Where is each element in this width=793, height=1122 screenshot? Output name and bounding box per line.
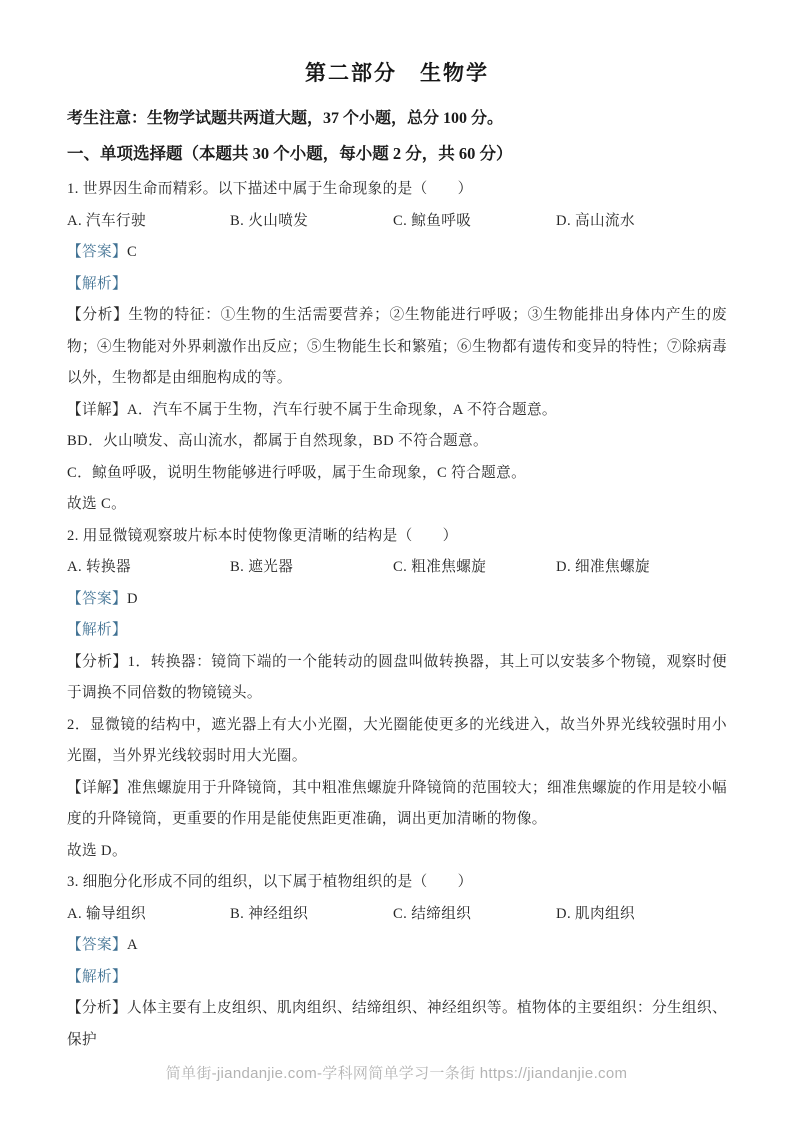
option-a: A. 转换器 [67,552,230,584]
detail-paragraph: BD．火山喷发、高山流水，都属于自然现象，BD 不符合题意。 [67,426,727,458]
answer-value: C [127,244,137,260]
question-stem: 3. 细胞分化形成不同的组织，以下属于植物组织的是（ ） [67,867,727,899]
option-c: C. 结缔组织 [393,899,556,931]
page-title: 第二部分 生物学 [67,56,727,90]
option-b: B. 神经组织 [230,899,393,931]
option-c: C. 粗准焦螺旋 [393,552,556,584]
option-b: B. 遮光器 [230,552,393,584]
answer-line: 【答案】A [67,930,727,962]
exam-page: 第二部分 生物学 考生注意：生物学试题共两道大题，37 个小题，总分 100 分… [67,56,727,1056]
option-a: A. 汽车行驶 [67,206,230,238]
answer-label: 【答案】 [67,937,127,953]
analysis-paragraph: 2．显微镜的结构中，遮光器上有大小光圈，大光圈能使更多的光线进入，故当外界光线较… [67,710,727,773]
option-d: D. 肌肉组织 [556,899,635,931]
exam-notice: 考生注意：生物学试题共两道大题，37 个小题，总分 100 分。 [67,102,727,136]
jiexi-label: 【解析】 [67,615,727,647]
watermark-footer: 简单街-jiandanjie.com-学科网简单学习一条街 https://ji… [0,1062,793,1083]
option-a: A. 输导组织 [67,899,230,931]
option-c: C. 鲸鱼呼吸 [393,206,556,238]
question-stem: 1. 世界因生命而精彩。以下描述中属于生命现象的是（ ） [67,174,727,206]
detail-paragraph: 故选 D。 [67,836,727,868]
answer-value: A [127,937,138,953]
question-block-3: 3. 细胞分化形成不同的组织，以下属于植物组织的是（ ） A. 输导组织 B. … [67,867,727,1056]
jiexi-label: 【解析】 [67,269,727,301]
section-heading: 一、单项选择题（本题共 30 个小题，每小题 2 分，共 60 分） [67,136,727,172]
answer-label: 【答案】 [67,244,127,260]
question-stem: 2. 用显微镜观察玻片标本时使物像更清晰的结构是（ ） [67,521,727,553]
question-block-1: 1. 世界因生命而精彩。以下描述中属于生命现象的是（ ） A. 汽车行驶 B. … [67,174,727,521]
option-b: B. 火山喷发 [230,206,393,238]
answer-value: D [127,591,138,607]
detail-paragraph: 【详解】准焦螺旋用于升降镜筒，其中粗准焦螺旋升降镜筒的范围较大；细准焦螺旋的作用… [67,773,727,836]
options-row: A. 转换器 B. 遮光器 C. 粗准焦螺旋 D. 细准焦螺旋 [67,552,727,584]
answer-label: 【答案】 [67,591,127,607]
answer-line: 【答案】D [67,584,727,616]
answer-line: 【答案】C [67,237,727,269]
detail-paragraph: 【详解】A．汽车不属于生物，汽车行驶不属于生命现象，A 不符合题意。 [67,395,727,427]
detail-paragraph: 故选 C。 [67,489,727,521]
option-d: D. 细准焦螺旋 [556,552,650,584]
analysis-paragraph: 【分析】人体主要有上皮组织、肌肉组织、结缔组织、神经组织等。植物体的主要组织：分… [67,993,727,1056]
jiexi-label: 【解析】 [67,962,727,994]
detail-paragraph: C．鲸鱼呼吸，说明生物能够进行呼吸，属于生命现象，C 符合题意。 [67,458,727,490]
analysis-paragraph: 【分析】1．转换器：镜筒下端的一个能转动的圆盘叫做转换器，其上可以安装多个物镜，… [67,647,727,710]
question-block-2: 2. 用显微镜观察玻片标本时使物像更清晰的结构是（ ） A. 转换器 B. 遮光… [67,521,727,868]
options-row: A. 汽车行驶 B. 火山喷发 C. 鲸鱼呼吸 D. 高山流水 [67,206,727,238]
options-row: A. 输导组织 B. 神经组织 C. 结缔组织 D. 肌肉组织 [67,899,727,931]
analysis-paragraph: 【分析】生物的特征：①生物的生活需要营养；②生物能进行呼吸；③生物能排出身体内产… [67,300,727,395]
option-d: D. 高山流水 [556,206,635,238]
